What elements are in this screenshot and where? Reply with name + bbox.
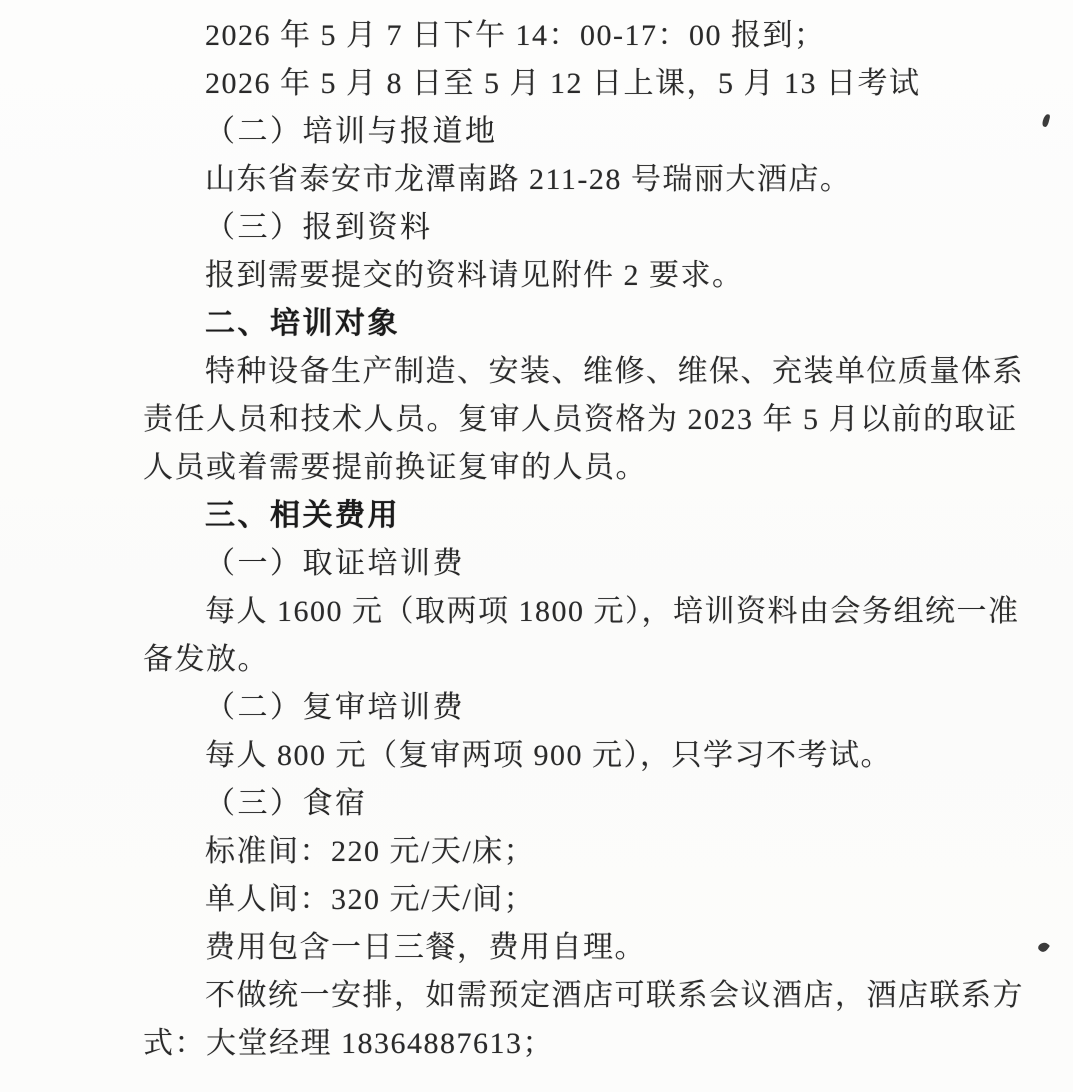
training-targets-text-3: 人员或着需要提前换证复审的人员。 <box>143 444 955 492</box>
report-time-line: 2026 年 5 月 7 日下午 14：00-17：00 报到； <box>143 12 955 60</box>
training-targets-text-2: 责任人员和技术人员。复审人员资格为 2023 年 5 月以前的取证 <box>143 396 955 444</box>
certification-fee-text-1: 每人 1600 元（取两项 1800 元），培训资料由会务组统一准 <box>143 588 955 636</box>
document-text-block: 2026 年 5 月 7 日下午 14：00-17：00 报到； 2026 年 … <box>143 12 955 1068</box>
subheading-registration-materials: （三）报到资料 <box>143 204 955 252</box>
scanned-document-page: { "page": { "background_color": "#fcfcfb… <box>0 0 1073 1092</box>
hotel-booking-note-2: 式：大堂经理 18364887613； <box>143 1020 955 1068</box>
heading-training-targets: 二、培训对象 <box>143 300 955 348</box>
heading-related-fees: 三、相关费用 <box>143 492 955 540</box>
meals-note-line: 费用包含一日三餐，费用自理。 <box>143 924 955 972</box>
certification-fee-text-2: 备发放。 <box>143 636 955 684</box>
subheading-accommodation: （三）食宿 <box>143 780 955 828</box>
subheading-review-fee: （二）复审培训费 <box>143 684 955 732</box>
subheading-certification-fee: （一）取证培训费 <box>143 540 955 588</box>
hotel-booking-note-1: 不做统一安排，如需预定酒店可联系会议酒店，酒店联系方 <box>143 972 955 1020</box>
hotel-address-line: 山东省泰安市龙潭南路 211-28 号瑞丽大酒店。 <box>143 156 955 204</box>
review-fee-text: 每人 800 元（复审两项 900 元），只学习不考试。 <box>143 732 955 780</box>
single-room-rate-line: 单人间：320 元/天/间； <box>143 876 955 924</box>
training-targets-text-1: 特种设备生产制造、安装、维修、维保、充装单位质量体系 <box>143 348 955 396</box>
class-exam-dates-line: 2026 年 5 月 8 日至 5 月 12 日上课，5 月 13 日考试 <box>143 60 955 108</box>
standard-room-rate-line: 标准间：220 元/天/床； <box>143 828 955 876</box>
scan-speck-bottom <box>1037 940 1050 953</box>
registration-materials-note: 报到需要提交的资料请见附件 2 要求。 <box>143 252 955 300</box>
scan-speck-top <box>1042 113 1051 127</box>
subheading-training-location: （二）培训与报道地 <box>143 108 955 156</box>
